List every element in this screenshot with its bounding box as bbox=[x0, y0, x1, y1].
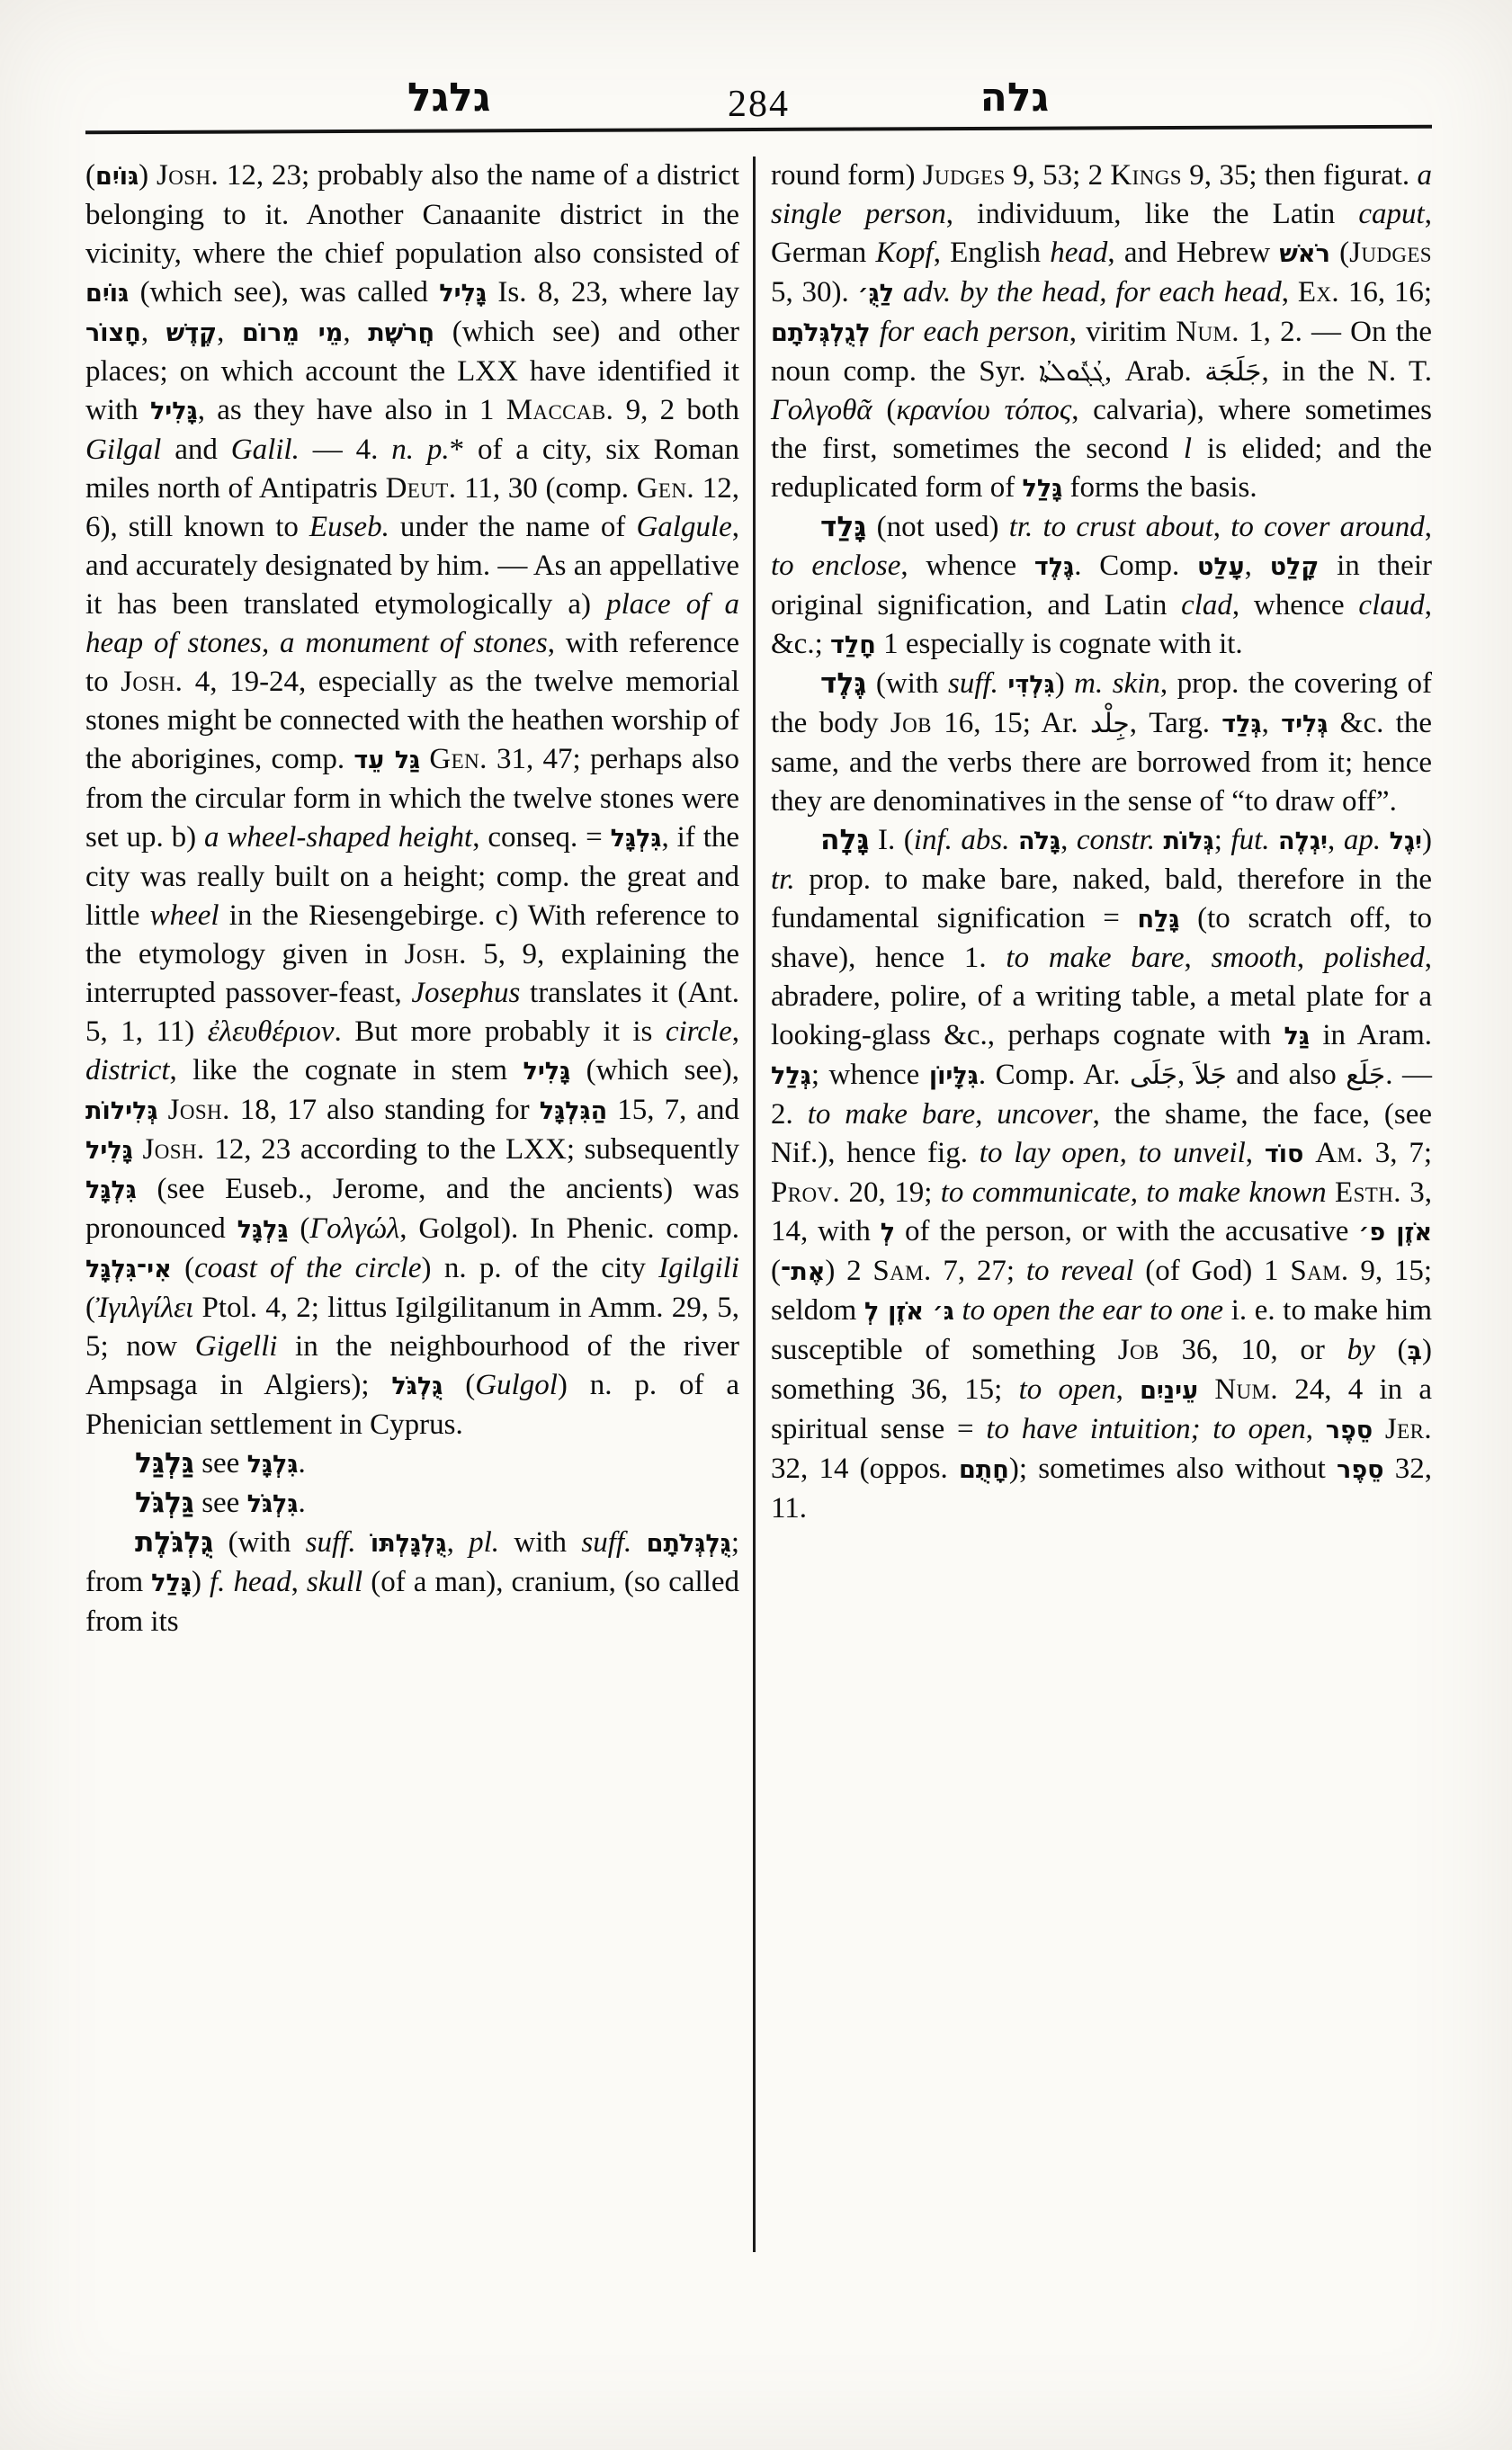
text-run: to make bare, uncover bbox=[808, 1098, 1093, 1131]
text-run: Galgule bbox=[636, 511, 731, 543]
text-run: , bbox=[1297, 942, 1324, 974]
text-run: Igilgili bbox=[658, 1252, 739, 1284]
text-run: Kopf bbox=[876, 237, 934, 269]
text-run: , bbox=[1185, 942, 1212, 974]
text-run: גִּלָּיוֹן bbox=[929, 1062, 979, 1090]
text-run: עֵינַיִם bbox=[1140, 1377, 1198, 1405]
text-run: גָּלַח bbox=[1137, 906, 1179, 934]
text-run: , Targ. bbox=[1130, 707, 1222, 739]
text-run: , bbox=[1328, 824, 1344, 856]
entry-paragraph: גָּלָה I. (inf. abs. גָּלֹה, constr. גְּ… bbox=[771, 821, 1432, 1528]
text-run: 11, 30 (comp. bbox=[456, 472, 636, 505]
text-run: tr. bbox=[771, 863, 795, 896]
text-run: ) n. p. of the city bbox=[422, 1252, 659, 1284]
text-run: , bbox=[1246, 1137, 1265, 1169]
text-run: ( bbox=[85, 159, 95, 192]
hebrew-headword: גַּלְגֹּל bbox=[135, 1487, 194, 1519]
text-run: ) bbox=[1422, 824, 1432, 856]
text-run: , bbox=[291, 1566, 307, 1598]
text-run bbox=[133, 1133, 143, 1166]
text-run: , bbox=[141, 316, 166, 348]
text-run: ; whence bbox=[811, 1059, 929, 1091]
text-run: a wheel-shaped height bbox=[204, 821, 472, 854]
text-run: fut. bbox=[1230, 824, 1269, 856]
text-run: גְּלַל bbox=[771, 1062, 811, 1090]
text-run bbox=[631, 1526, 646, 1559]
text-run: גִּלְדִּי bbox=[1007, 671, 1054, 699]
text-run: גִּלְגָּל bbox=[85, 1176, 137, 1204]
text-run: , English bbox=[934, 237, 1051, 269]
text-run: גִּלְגָּל bbox=[247, 1451, 299, 1479]
text-run: head bbox=[1050, 237, 1107, 269]
text-run bbox=[1381, 824, 1390, 856]
text-run: ; bbox=[1214, 824, 1231, 856]
text-run: 18, 17 also standing for bbox=[230, 1094, 540, 1126]
text-run: סוֹד bbox=[1265, 1140, 1304, 1168]
text-run: חֲרֹשֶׁת bbox=[368, 319, 434, 347]
text-run: and bbox=[161, 434, 230, 466]
text-run: , like the cognate in stem bbox=[170, 1054, 523, 1086]
hebrew-headword: גָּלַד bbox=[820, 511, 866, 543]
hebrew-headword: גַּלְגַּל bbox=[135, 1447, 194, 1480]
text-run bbox=[1373, 1413, 1385, 1445]
left-column: (גּוֹיִם) Josh. 12, 23; probably also th… bbox=[85, 156, 739, 2252]
text-run: ( bbox=[289, 1212, 310, 1245]
text-run: (not used) bbox=[866, 511, 1008, 543]
text-run: ἐλευθέριον bbox=[208, 1015, 335, 1048]
text-run: Galil. bbox=[231, 434, 300, 466]
text-run: Job bbox=[1118, 1334, 1159, 1366]
text-run: , bbox=[343, 316, 368, 348]
text-run: in Aram. bbox=[1310, 1019, 1432, 1051]
entry-paragraph: round form) Judges 9, 53; 2 Kings 9, 35;… bbox=[771, 156, 1432, 508]
text-run: Josh. bbox=[142, 1133, 204, 1166]
text-run: for each person bbox=[880, 316, 1069, 348]
text-run: to reveal bbox=[1026, 1255, 1134, 1287]
text-run: גַּלְגָּל bbox=[237, 1216, 289, 1244]
text-run: . bbox=[298, 1487, 305, 1519]
text-run: , bbox=[1245, 550, 1270, 582]
text-run: pl. bbox=[469, 1526, 499, 1559]
text-run: to open the ear to one bbox=[962, 1294, 1223, 1327]
text-run: , conseq. = bbox=[472, 821, 610, 854]
text-run: ) bbox=[1055, 667, 1074, 700]
text-run: with bbox=[499, 1526, 581, 1559]
text-run: suff. bbox=[306, 1526, 356, 1559]
text-run: wheel bbox=[150, 899, 219, 932]
text-run: 36, 10, or bbox=[1159, 1334, 1347, 1366]
text-run: see bbox=[194, 1487, 247, 1519]
header-rule bbox=[85, 125, 1432, 135]
text-run: רֹאשׁ bbox=[1279, 240, 1329, 268]
text-run bbox=[1198, 1373, 1214, 1406]
text-run: , bbox=[1177, 1059, 1194, 1091]
text-run: , in the N. T. bbox=[1262, 355, 1432, 388]
text-run: . Comp. Ar. bbox=[979, 1059, 1130, 1091]
text-run: κρανίου τόπος bbox=[896, 394, 1071, 426]
text-run: ) 2 bbox=[825, 1255, 872, 1287]
running-header: גלגל 284 גלה bbox=[85, 43, 1432, 126]
text-run: Prov. bbox=[771, 1176, 840, 1209]
text-run: חָתֻם bbox=[959, 1456, 1009, 1484]
text-run: Kings bbox=[1110, 159, 1182, 192]
text-run: Gilgal bbox=[85, 434, 161, 466]
text-run: ( bbox=[443, 1369, 475, 1401]
text-run: עָלַט bbox=[1197, 553, 1245, 581]
text-run: גִּלְגָּל bbox=[611, 825, 662, 853]
text-block: גלגל 284 גלה (גּוֹיִם) Josh. 12, 23; pro… bbox=[85, 43, 1432, 2252]
text-run: district bbox=[85, 1054, 170, 1086]
text-run: 20, 19; bbox=[840, 1176, 941, 1209]
text-run: , whence bbox=[900, 550, 1034, 582]
text-run: adv. by the head, for each head bbox=[903, 276, 1282, 308]
text-run bbox=[1270, 824, 1279, 856]
text-run: Josh. bbox=[157, 159, 219, 192]
text-run: גֶּלֶד bbox=[1034, 553, 1074, 581]
text-run: l bbox=[1184, 433, 1192, 465]
text-run: جَلاَ bbox=[1194, 1060, 1227, 1091]
text-run: skull bbox=[307, 1566, 362, 1598]
text-run: גָּלֹה bbox=[1018, 827, 1060, 855]
text-run: קָלַט bbox=[1270, 553, 1320, 581]
text-run: 9, 2 both bbox=[613, 394, 739, 426]
text-run: to lay open, to unveil bbox=[980, 1137, 1246, 1169]
text-run: n. p. bbox=[391, 434, 449, 466]
text-run: ( bbox=[172, 1252, 194, 1284]
text-run: , and Hebrew bbox=[1107, 237, 1279, 269]
text-run: , Golgol). In Phenic. comp. bbox=[399, 1212, 739, 1245]
text-run: , bbox=[217, 316, 242, 348]
text-run: גּוֹיִם bbox=[85, 280, 129, 308]
text-run: גַּל bbox=[1284, 1023, 1310, 1051]
text-run: Gulgol bbox=[475, 1369, 558, 1401]
text-run: גּ׳ אֹזֶן לְ bbox=[864, 1298, 954, 1326]
text-run: coast of the circle bbox=[194, 1252, 421, 1284]
text-run: constr. bbox=[1077, 824, 1155, 856]
text-run: جَلَجَة bbox=[1204, 356, 1261, 388]
text-run: גֻּלְגָּלְתּוֹ bbox=[371, 1530, 447, 1558]
text-run: גֻּלְגְּלֹתָם bbox=[647, 1530, 731, 1558]
text-run: Josh. bbox=[405, 938, 467, 970]
text-run: Is. 8, 23, where lay bbox=[487, 276, 739, 308]
text-run: , bbox=[1282, 276, 1298, 308]
text-run: . But more probably it is bbox=[335, 1015, 666, 1048]
text-run: , bbox=[1262, 707, 1282, 739]
hebrew-headword: גָּלָה bbox=[820, 824, 870, 856]
text-run: (with bbox=[213, 1526, 305, 1559]
text-run: ܓܳܓܽܘܠܬܳܐ bbox=[1039, 357, 1105, 387]
text-run: . bbox=[298, 1447, 305, 1480]
text-run: לְגֻלְגְּלֹתָם bbox=[771, 319, 871, 347]
text-run: 15, 7, and bbox=[607, 1094, 739, 1126]
text-run: under the name of bbox=[389, 511, 637, 543]
text-run: , bbox=[1116, 1373, 1140, 1406]
text-run: Judges bbox=[923, 159, 1006, 192]
text-run: suff. bbox=[581, 1526, 631, 1559]
text-run: גַּל עֵד bbox=[353, 747, 420, 774]
text-run: קֶדֶשׁ bbox=[166, 319, 217, 347]
text-run: גָּלִיל bbox=[523, 1058, 570, 1086]
text-run: to communicate, to make known bbox=[941, 1176, 1327, 1209]
text-run: جَلَى bbox=[1130, 1060, 1177, 1091]
text-run: polished bbox=[1324, 942, 1425, 974]
text-run: Josh. bbox=[168, 1094, 230, 1126]
text-run: גָּלַל bbox=[151, 1569, 192, 1597]
text-run: Deut. bbox=[386, 472, 457, 505]
text-run: הַגִּלְגָּל bbox=[540, 1097, 607, 1125]
text-run: , bbox=[1425, 511, 1432, 543]
text-run: Gen. bbox=[429, 743, 487, 775]
text-run: caput bbox=[1358, 198, 1424, 230]
text-run: לַגֻּ׳ bbox=[858, 280, 894, 308]
text-run: חָצוֹר bbox=[85, 319, 141, 347]
text-run bbox=[871, 316, 880, 348]
text-run: חָלַד bbox=[830, 631, 876, 659]
text-run: אֶת־ bbox=[781, 1258, 825, 1286]
columns: (גּוֹיִם) Josh. 12, 23; probably also th… bbox=[85, 156, 1432, 2252]
right-column: round form) Judges 9, 53; 2 Kings 9, 35;… bbox=[753, 156, 1432, 2252]
text-run: , viritim bbox=[1069, 316, 1176, 348]
text-run bbox=[1327, 1176, 1335, 1209]
text-run: Josh. bbox=[121, 666, 183, 698]
text-run: to open bbox=[1019, 1373, 1116, 1406]
text-run: m. skin bbox=[1074, 667, 1160, 700]
text-run: סֵפֶר bbox=[1326, 1417, 1373, 1444]
text-run: 16, 15; Ar. bbox=[932, 707, 1090, 739]
text-run: גְּלוֹת bbox=[1163, 827, 1213, 855]
text-run: Num. bbox=[1176, 316, 1239, 348]
text-run: Judges bbox=[1349, 237, 1432, 269]
text-run: מֵי מֵרוֹם bbox=[242, 319, 343, 347]
text-run: גָּלִיל bbox=[150, 398, 198, 425]
text-run: 16, 16; bbox=[1339, 276, 1432, 308]
text-run: (with bbox=[866, 667, 948, 700]
text-run: . Comp. bbox=[1074, 550, 1197, 582]
text-run: (which see), was called bbox=[129, 276, 439, 308]
text-run: Jer. bbox=[1385, 1413, 1432, 1445]
text-run bbox=[1010, 824, 1019, 856]
header-keyword-left: גלגל bbox=[407, 75, 491, 121]
text-run: ) bbox=[192, 1566, 210, 1598]
text-run: Num. bbox=[1214, 1373, 1278, 1406]
entry-paragraph: גַּלְגֹּל see גִּלְגֹּל. bbox=[85, 1484, 739, 1524]
text-run: ) bbox=[139, 159, 157, 192]
text-run: ( bbox=[771, 1255, 781, 1287]
text-run: Gen. bbox=[637, 472, 694, 505]
text-run: , Arab. bbox=[1105, 355, 1204, 388]
text-run: גְּלַד bbox=[1221, 711, 1261, 738]
entry-paragraph: גָּלַד (not used) tr. to crust about, to… bbox=[771, 508, 1432, 665]
text-run: ( bbox=[872, 394, 897, 426]
text-run: Gigelli bbox=[195, 1330, 278, 1363]
text-run: to have intuition; to open bbox=[986, 1413, 1305, 1445]
text-run: ( bbox=[1375, 1334, 1408, 1366]
text-run: جَلَع bbox=[1346, 1060, 1385, 1091]
text-run bbox=[1303, 1137, 1315, 1169]
text-run: לְ bbox=[881, 1219, 895, 1247]
text-run: Esth. bbox=[1335, 1176, 1401, 1209]
text-run: and also bbox=[1227, 1059, 1346, 1091]
text-run: גִּלְגֹּל bbox=[247, 1490, 299, 1518]
hebrew-headword: גֶּלֶד bbox=[820, 667, 866, 700]
text-run: Maccab. bbox=[506, 394, 614, 426]
lexicon-page: גלגל 284 גלה (גּוֹיִם) Josh. 12, 23; pro… bbox=[0, 0, 1512, 2450]
text-run: , individuum, like the Latin bbox=[946, 198, 1359, 230]
text-run: claud bbox=[1358, 589, 1424, 621]
text-run: Sam. bbox=[872, 1255, 931, 1287]
text-run: יִגְלֶה bbox=[1278, 827, 1328, 855]
entry-paragraph: גַּלְגַּל see גִּלְגָּל. bbox=[85, 1444, 739, 1484]
text-run: Γολγώλ bbox=[309, 1212, 399, 1245]
entry-paragraph: גֶּלֶד (with suff. גִּלְדִּי) m. skin, p… bbox=[771, 665, 1432, 821]
text-run: ( bbox=[85, 1292, 95, 1324]
text-run: ( bbox=[1330, 237, 1349, 269]
text-run: , whence bbox=[1232, 589, 1359, 621]
text-run: 9, 35; then figurat. bbox=[1182, 159, 1418, 192]
text-run bbox=[158, 1094, 168, 1126]
text-run: forms the basis. bbox=[1062, 471, 1257, 504]
text-run: to cover around bbox=[1230, 511, 1425, 543]
text-run: suff. bbox=[948, 667, 998, 700]
text-run: f. head bbox=[210, 1566, 291, 1598]
text-run: Γολγοθᾶ bbox=[771, 394, 872, 426]
text-run: ); sometimes also without bbox=[1009, 1453, 1337, 1485]
text-run: of the person, or with the accusative bbox=[895, 1215, 1358, 1247]
text-run: see bbox=[194, 1447, 247, 1480]
text-run bbox=[420, 743, 429, 775]
text-run: 3, 7; bbox=[1364, 1137, 1432, 1169]
text-run: 5, 30). bbox=[771, 276, 858, 308]
text-run: , bbox=[732, 1015, 739, 1048]
entry-paragraph: גֻּלְגֹּלֶת (with suff. גֻּלְגָּלְתּוֹ, … bbox=[85, 1524, 739, 1641]
text-run: גּוֹיִם bbox=[95, 163, 139, 191]
text-run: Job bbox=[890, 707, 932, 739]
header-keyword-right: גלה bbox=[980, 75, 1050, 121]
text-run: ap. bbox=[1344, 824, 1381, 856]
text-run: I. ( bbox=[870, 824, 914, 856]
text-run: אִי־גִּלְגָּל bbox=[85, 1256, 172, 1283]
text-run: Josephus bbox=[411, 977, 520, 1009]
text-run: , bbox=[1213, 511, 1230, 543]
text-run bbox=[894, 276, 903, 308]
text-run: Ex. bbox=[1298, 276, 1339, 308]
text-run: 32, 14 (oppos. bbox=[771, 1453, 959, 1485]
text-run: גֻּלְגֹּל bbox=[391, 1373, 443, 1400]
text-run: , bbox=[447, 1526, 470, 1559]
text-run: אֹזֶן פ׳ bbox=[1358, 1219, 1432, 1247]
text-run: to enclose bbox=[771, 550, 900, 582]
text-run: clad bbox=[1181, 589, 1232, 621]
text-run: גָּלַל bbox=[1022, 475, 1062, 503]
text-run: גְּלִיד bbox=[1281, 711, 1328, 738]
text-run: to make bare bbox=[1006, 942, 1184, 974]
text-run: circle bbox=[666, 1015, 732, 1048]
text-run: — 4. bbox=[300, 434, 391, 466]
text-run: Ἰγιλγίλει bbox=[95, 1292, 193, 1324]
text-run: tr. to crust about bbox=[1009, 511, 1213, 543]
page-number: 284 bbox=[728, 83, 790, 126]
text-run: جِلْد bbox=[1090, 708, 1130, 739]
text-run: יִגֶל bbox=[1390, 827, 1422, 855]
text-run: סֵפֶר bbox=[1337, 1456, 1383, 1484]
text-run: 9, 53; 2 bbox=[1006, 159, 1111, 192]
text-run: , bbox=[1306, 1413, 1326, 1445]
text-run: 1 especially is cognate with it. bbox=[876, 628, 1243, 660]
text-run: 7, 27; bbox=[932, 1255, 1026, 1287]
hebrew-headword: גֻּלְגֹּלֶת bbox=[135, 1526, 213, 1559]
text-run: inf. abs. bbox=[914, 824, 1010, 856]
text-run: (which see), bbox=[570, 1054, 739, 1086]
text-run: בְּ bbox=[1408, 1337, 1423, 1365]
text-run: גָּלִיל bbox=[439, 280, 487, 308]
text-run: Sam. bbox=[1290, 1255, 1348, 1287]
text-run: גָּלִיל bbox=[85, 1137, 133, 1165]
entry-paragraph: (גּוֹיִם) Josh. 12, 23; probably also th… bbox=[85, 156, 739, 1444]
text-run: גְּלִילוֹת bbox=[85, 1097, 158, 1125]
text-run: (of God) 1 bbox=[1134, 1255, 1291, 1287]
text-run: round form) bbox=[771, 159, 923, 192]
text-run: by bbox=[1347, 1334, 1375, 1366]
text-run: 12, 23 according to the LXX; subsequentl… bbox=[205, 1133, 739, 1166]
text-run: , as they have also in 1 bbox=[198, 394, 506, 426]
text-run bbox=[998, 667, 1007, 700]
text-run: Euseb. bbox=[309, 511, 389, 543]
text-run bbox=[356, 1526, 371, 1559]
text-run: Am. bbox=[1315, 1137, 1364, 1169]
text-run: smooth bbox=[1212, 942, 1297, 974]
text-run: , bbox=[1060, 824, 1077, 856]
